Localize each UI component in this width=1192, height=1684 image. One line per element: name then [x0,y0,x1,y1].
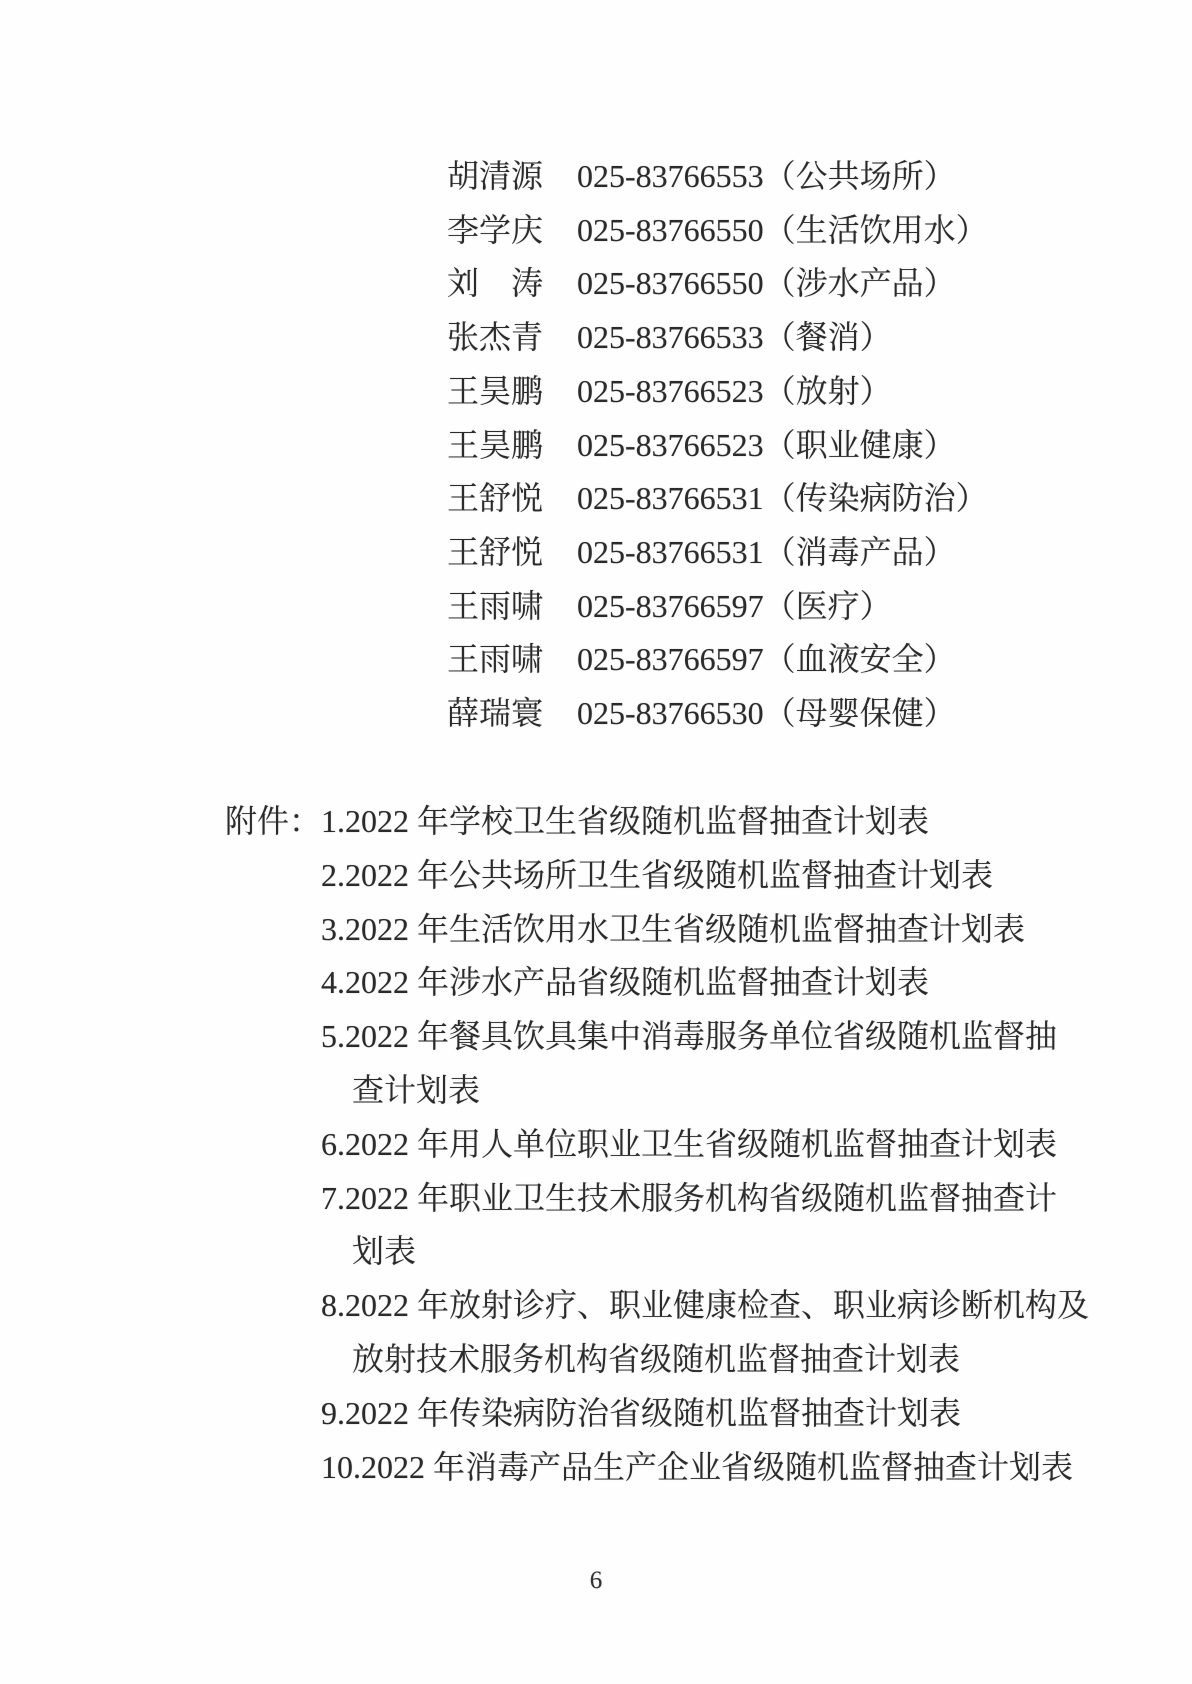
contact-name: 胡清源 [447,150,545,204]
attachments-section: 附件： 1.2022 年学校卫生省级随机监督抽查计划表 2.2022 年公共场所… [225,795,1089,1494]
attachment-line: 3.2022 年生活饮用水卫生省级随机监督抽查计划表 [321,903,1089,957]
contact-phone-info: 025-83766597（血液安全） [577,633,956,687]
attachments-label: 附件： [225,795,321,849]
document-page: 胡清源025-83766553（公共场所） 李学庆025-83766550（生活… [0,0,1192,1684]
contact-phone-info: 025-83766533（餐消） [577,311,892,365]
attachment-line-continuation: 放射技术服务机构省级随机监督抽查计划表 [321,1333,1089,1387]
contact-name: 李学庆 [447,204,545,258]
attachment-list: 1.2022 年学校卫生省级随机监督抽查计划表 2.2022 年公共场所卫生省级… [321,795,1089,1494]
contact-row: 王昊鹏025-83766523（职业健康） [447,419,988,473]
contact-phone-info: 025-83766531（消毒产品） [577,526,956,580]
contact-name: 王舒悦 [447,526,545,580]
contact-name: 王昊鹏 [447,419,545,473]
contact-row: 王雨啸025-83766597（血液安全） [447,633,988,687]
contact-name: 薛瑞寰 [447,687,545,741]
contact-row: 张杰青025-83766533（餐消） [447,311,988,365]
page-number: 6 [0,1567,1192,1595]
attachment-line-continuation: 划表 [321,1225,1089,1279]
contact-phone-info: 025-83766597（医疗） [577,580,892,634]
contact-phone-info: 025-83766530（母婴保健） [577,687,956,741]
contact-row: 薛瑞寰025-83766530（母婴保健） [447,687,988,741]
attachment-line: 7.2022 年职业卫生技术服务机构省级随机监督抽查计 [321,1172,1089,1226]
attachment-line: 9.2022 年传染病防治省级随机监督抽查计划表 [321,1387,1089,1441]
attachment-line: 8.2022 年放射诊疗、职业健康检查、职业病诊断机构及 [321,1279,1089,1333]
contact-phone-info: 025-83766550（涉水产品） [577,257,956,311]
contact-phone-info: 025-83766553（公共场所） [577,150,956,204]
contact-phone-info: 025-83766523（职业健康） [577,419,956,473]
contact-name: 王雨啸 [447,580,545,634]
attachment-line: 2.2022 年公共场所卫生省级随机监督抽查计划表 [321,849,1089,903]
contact-list: 胡清源025-83766553（公共场所） 李学庆025-83766550（生活… [447,150,988,741]
attachment-line: 4.2022 年涉水产品省级随机监督抽查计划表 [321,956,1089,1010]
contact-name: 刘 涛 [447,257,545,311]
contact-row: 王舒悦025-83766531（消毒产品） [447,526,988,580]
attachment-line: 5.2022 年餐具饮具集中消毒服务单位省级随机监督抽 [321,1010,1089,1064]
contact-row: 胡清源025-83766553（公共场所） [447,150,988,204]
contact-name: 王雨啸 [447,633,545,687]
contact-row: 王昊鹏025-83766523（放射） [447,365,988,419]
attachment-line-continuation: 查计划表 [321,1064,1089,1118]
contact-phone-info: 025-83766523（放射） [577,365,892,419]
attachment-line: 1.2022 年学校卫生省级随机监督抽查计划表 [321,795,1089,849]
contact-name: 王舒悦 [447,472,545,526]
contact-row: 刘 涛025-83766550（涉水产品） [447,257,988,311]
attachment-line: 10.2022 年消毒产品生产企业省级随机监督抽查计划表 [321,1441,1089,1495]
attachment-line: 6.2022 年用人单位职业卫生省级随机监督抽查计划表 [321,1118,1089,1172]
contact-name: 王昊鹏 [447,365,545,419]
contact-row: 王雨啸025-83766597（医疗） [447,580,988,634]
contact-phone-info: 025-83766531（传染病防治） [577,472,988,526]
contact-name: 张杰青 [447,311,545,365]
contact-phone-info: 025-83766550（生活饮用水） [577,204,988,258]
contact-row: 王舒悦025-83766531（传染病防治） [447,472,988,526]
contact-row: 李学庆025-83766550（生活饮用水） [447,204,988,258]
